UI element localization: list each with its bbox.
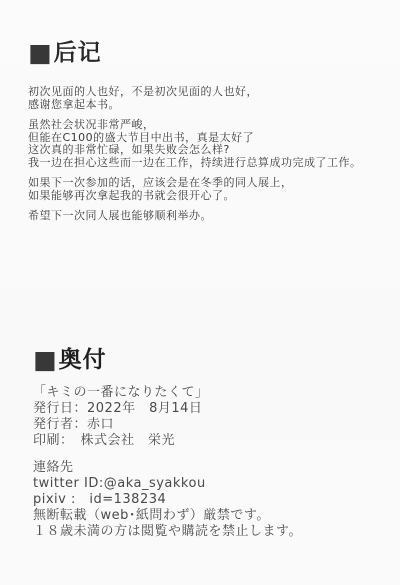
afterword-line: 如果能够再次拿起我的书就会很开心了。 bbox=[28, 190, 388, 203]
reprint-notice: 無断転載（web･紙問わず）厳禁です。 bbox=[33, 508, 393, 524]
contact-label: 連絡先 bbox=[33, 460, 393, 476]
age-notice: １８歳未満の方は閲覧や購読を禁止します。 bbox=[33, 524, 393, 540]
afterword-line: 希望下一次同人展也能够顺利举办。 bbox=[28, 210, 388, 223]
pixiv-id: pixiv : id=138234 bbox=[33, 492, 393, 508]
contact-block: 連絡先 twitter ID:@aka_syakkou pixiv : id=1… bbox=[33, 460, 393, 540]
publisher: 発行者：赤口 bbox=[33, 417, 393, 433]
colophon-section: ■ 奥付 「キミの一番になりたくて」 発行日：2022年 8月14日 発行者：赤… bbox=[33, 347, 393, 540]
afterword-line: 我一边在担心这些而一边在工作，持续进行总算成功完成了工作。 bbox=[28, 157, 388, 170]
square-bullet-icon: ■ bbox=[28, 42, 53, 64]
publish-date: 発行日：2022年 8月14日 bbox=[33, 401, 393, 417]
afterword-line: 感谢您拿起本书。 bbox=[28, 99, 388, 112]
printer: 印刷： 株式会社 栄光 bbox=[33, 433, 393, 449]
colophon-heading-text: 奥付 bbox=[59, 347, 107, 373]
afterword-paragraph: 初次见面的人也好，不是初次见面的人也好， 感谢您拿起本书。 bbox=[28, 86, 388, 111]
afterword-line: 初次见面的人也好，不是初次见面的人也好， bbox=[28, 86, 388, 99]
colophon-heading: ■ 奥付 bbox=[33, 347, 393, 373]
afterword-line: 虽然社会状况非常严峻， bbox=[28, 119, 388, 132]
book-title: 「キミの一番になりたくて」 bbox=[33, 385, 393, 401]
afterword-paragraph: 希望下一次同人展也能够顺利举办。 bbox=[28, 210, 388, 223]
afterword-section: ■ 后记 初次见面的人也好，不是初次见面的人也好， 感谢您拿起本书。 虽然社会状… bbox=[28, 40, 388, 231]
afterword-line: 如果下一次参加的话，应该会是在冬季的同人展上， bbox=[28, 177, 388, 190]
square-bullet-icon: ■ bbox=[33, 349, 58, 371]
twitter-id: twitter ID:@aka_syakkou bbox=[33, 476, 393, 492]
afterword-heading: ■ 后记 bbox=[28, 40, 388, 66]
afterword-paragraph: 虽然社会状况非常严峻， 但能在C100的盛大节目中出书，真是太好了 这次真的非常… bbox=[28, 119, 388, 169]
afterword-line: 这次真的非常忙碌，如果失败会怎么样? bbox=[28, 144, 388, 157]
afterword-heading-text: 后记 bbox=[54, 40, 102, 66]
afterword-paragraph: 如果下一次参加的话，应该会是在冬季的同人展上， 如果能够再次拿起我的书就会很开心… bbox=[28, 177, 388, 202]
